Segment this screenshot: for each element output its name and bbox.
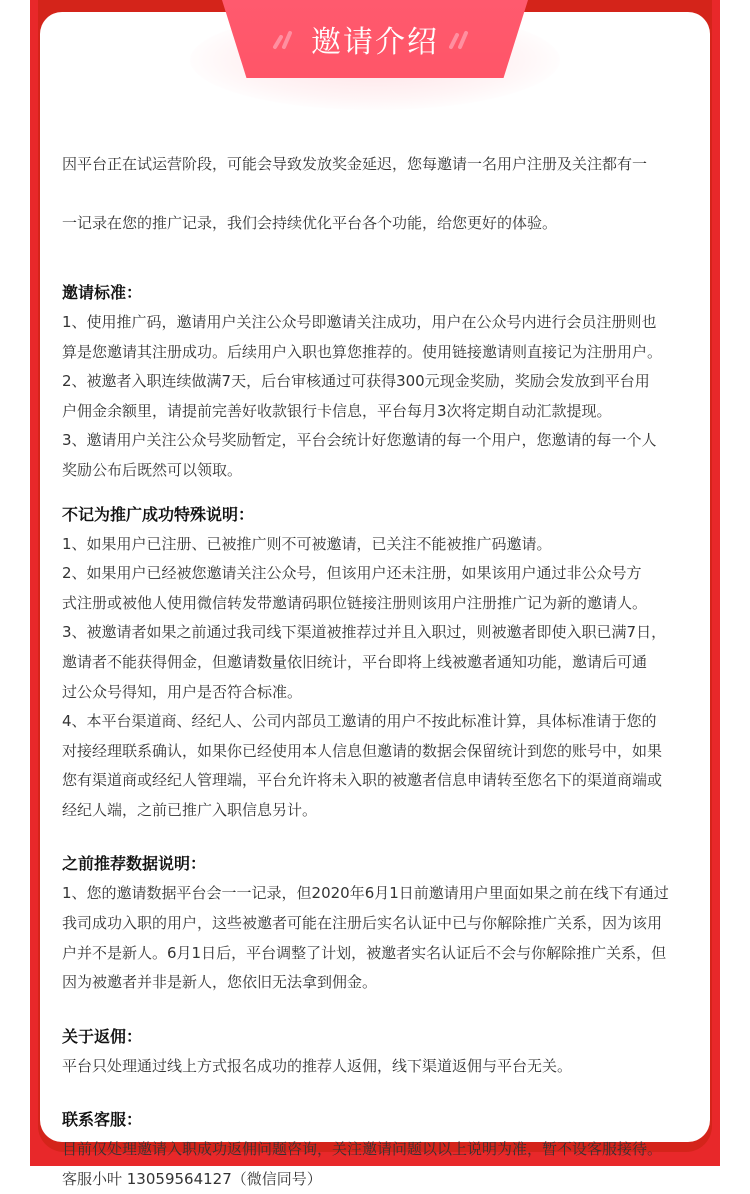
text-line: 2、如果用户已经被您邀请关注公众号，但该用户还未注册，如果该用户通过非公众号方 (62, 559, 702, 589)
text-line: 2、被邀者入职连续做满7天，后台审核通过可获得300元现金奖励，奖励会发放到平台… (62, 367, 702, 397)
text-line: 平台只处理通过线上方式报名成功的推荐人返佣，线下渠道返佣与平台无关。 (62, 1052, 702, 1082)
section-heading: 联系客服： (62, 1105, 702, 1135)
text-line: 3、被邀请者如果之前通过我司线下渠道被推荐过并且入职过，则被邀者即使入职已满7日… (62, 618, 702, 648)
intro-paragraph: 因平台正在试运营阶段，可能会导致发放奖金延迟，您每邀请一名用户注册及关注都有一 … (62, 120, 702, 268)
text-line: 邀请者不能获得佣金，但邀请数量依旧统计，平台即将上线被邀者通知功能，邀请后可通 (62, 648, 702, 678)
text-line: 式注册或被他人使用微信转发带邀请码职位链接注册则该用户注册推广记为新的邀请人。 (62, 589, 702, 619)
section-previous-data: 之前推荐数据说明： 1、您的邀请数据平台会一一记录，但2020年6月1日前邀请用… (62, 849, 702, 997)
text-line: 一记录在您的推广记录，我们会持续优化平台各个功能，给您更好的体验。 (62, 209, 702, 239)
article-body: 因平台正在试运营阶段，可能会导致发放奖金延迟，您每邀请一名用户注册及关注都有一 … (62, 120, 702, 1194)
section-heading: 关于返佣： (62, 1022, 702, 1052)
text-line: 因平台正在试运营阶段，可能会导致发放奖金延迟，您每邀请一名用户注册及关注都有一 (62, 150, 702, 180)
text-line: 您有渠道商或经纪人管理端，平台允许将未入职的被邀者信息申请转至您名下的渠道商端或 (62, 766, 702, 796)
double-slash-icon (448, 28, 470, 50)
section-contact: 联系客服： 目前仅处理邀请入职成功返佣问题咨询，关注邀请问题以以上说明为准，暂不… (62, 1105, 702, 1194)
text-line: 1、使用推广码，邀请用户关注公众号即邀请关注成功，用户在公众号内进行会员注册则也 (62, 308, 702, 338)
section-commission: 关于返佣： 平台只处理通过线上方式报名成功的推荐人返佣，线下渠道返佣与平台无关。 (62, 1022, 702, 1082)
section-exceptions: 不记为推广成功特殊说明： 1、如果用户已注册、已被推广则不可被邀请，已关注不能被… (62, 500, 702, 826)
section-heading: 之前推荐数据说明： (62, 849, 702, 879)
text-line: 对接经理联系确认，如果你已经使用本人信息但邀请的数据会保留统计到您的账号中，如果 (62, 737, 702, 767)
text-line: 我司成功入职的用户，这些被邀者可能在注册后实名认证中已与你解除推广关系，因为该用 (62, 909, 702, 939)
text-line: 1、您的邀请数据平台会一一记录，但2020年6月1日前邀请用户里面如果之前在线下… (62, 879, 702, 909)
section-invite-standard: 邀请标准： 1、使用推广码，邀请用户关注公众号即邀请关注成功，用户在公众号内进行… (62, 278, 702, 486)
text-line: 3、邀请用户关注公众号奖励暂定，平台会统计好您邀请的每一个用户，您邀请的每一个人 (62, 426, 702, 456)
text-line: 因为被邀者并非是新人，您依旧无法拿到佣金。 (62, 968, 702, 998)
section-heading: 邀请标准： (62, 278, 702, 308)
text-line: 户佣金余额里，请提前完善好收款银行卡信息，平台每月3次将定期自动汇款提现。 (62, 397, 702, 427)
text-line: 1、如果用户已注册、已被推广则不可被邀请，已关注不能被推广码邀请。 (62, 530, 702, 560)
text-line: 经纪人端，之前已推广入职信息另计。 (62, 796, 702, 826)
text-line: 过公众号得知，用户是否符合标准。 (62, 678, 702, 708)
text-line: 目前仅处理邀请入职成功返佣问题咨询，关注邀请问题以以上说明为准，暂不设客服接待。 (62, 1135, 702, 1165)
text-line: 4、本平台渠道商、经纪人、公司内部员工邀请的用户不按此标准计算，具体标准请于您的 (62, 707, 702, 737)
text-line: 奖励公布后既然可以领取。 (62, 456, 702, 486)
text-line: 户并不是新人。6月1日后，平台调整了计划，被邀者实名认证后不会与你解除推广关系，… (62, 939, 702, 969)
contact-phone: 客服小叶 13059564127（微信同号） (62, 1165, 702, 1194)
page-title: 邀请介绍 (222, 18, 528, 60)
section-heading: 不记为推广成功特殊说明： (62, 500, 702, 530)
text-line: 算是您邀请其注册成功。后续用户入职也算您推荐的。使用链接邀请则直接记为注册用户。 (62, 338, 702, 368)
